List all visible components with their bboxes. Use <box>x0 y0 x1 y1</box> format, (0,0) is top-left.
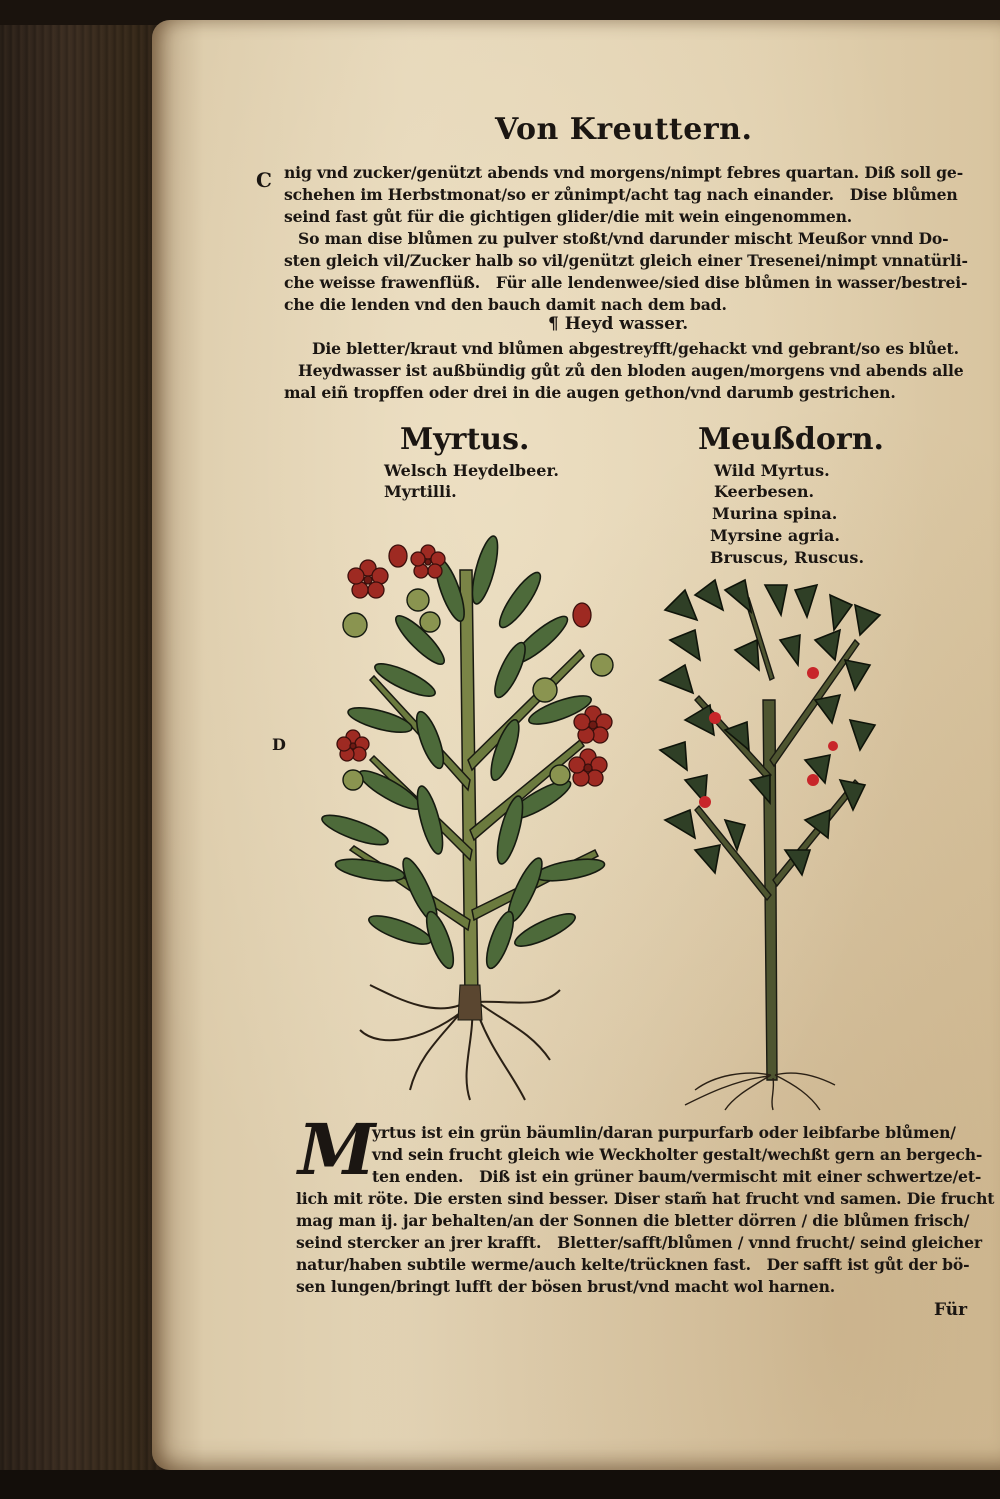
plant-title-myrtus: Myrtus. <box>400 422 529 457</box>
text-line: natur/haben subtile werme/auch kelte/trü… <box>296 1254 969 1275</box>
synonym: Keerbesen. <box>714 481 814 502</box>
text-line: seind stercker an jrer krafft. Bletter/s… <box>296 1232 982 1253</box>
synonym: Bruscus, Ruscus. <box>710 547 864 568</box>
synonym: Myrtilli. <box>384 481 457 502</box>
synonym: Welsch Heydelbeer. <box>384 460 559 481</box>
margin-mark-d: D <box>272 735 286 754</box>
text-line: vnd sein frucht gleich wie Weckholter ge… <box>372 1144 982 1165</box>
text-line: Heydwasser ist außbündig gůt zů den blod… <box>298 360 964 381</box>
catchword: Für <box>934 1300 967 1320</box>
text-line: seind fast gůt für die gichtigen glider/… <box>284 206 852 227</box>
book-bottom-shadow <box>0 1470 1000 1499</box>
text-line: che die lenden vnd den bauch damit nach … <box>284 294 727 315</box>
text-line: sen lungen/bringt lufft der bösen brust/… <box>296 1276 835 1297</box>
text-line: schehen im Herbstmonat/so er zůnimpt/ach… <box>284 184 958 205</box>
text-line: Die bletter/kraut vnd blůmen abgestreyff… <box>312 338 959 359</box>
decorated-initial: M <box>298 1115 376 1185</box>
text-line: nig vnd zucker/genützt abends vnd morgen… <box>284 162 963 183</box>
text-line: lich mit röte. Die ersten sind besser. D… <box>296 1188 994 1209</box>
myrtus-woodcut-illustration <box>310 530 640 1110</box>
text-line: ten enden. Diß ist ein grüner baum/vermi… <box>372 1166 981 1187</box>
text-line: sten gleich vil/Zucker halb so vil/genüt… <box>284 250 968 271</box>
text-line: mal eiñ tropffen oder drei in die augen … <box>284 382 896 403</box>
section-heading: ¶ Heyd wasser. <box>548 314 688 334</box>
synonym: Murina spina. <box>712 503 837 524</box>
synonym: Myrsine agria. <box>710 525 840 546</box>
meussdorn-woodcut-illustration <box>655 580 895 1110</box>
text-line: So man dise blůmen zu pulver stoßt/vnd d… <box>298 228 948 249</box>
margin-mark-c: C <box>256 168 272 192</box>
synonym: Wild Myrtus. <box>714 460 830 481</box>
text-line: che weisse frawenflüß. Für alle lendenwe… <box>284 272 967 293</box>
plant-title-meussdorn: Meußdorn. <box>698 422 884 457</box>
stacked-page-edges <box>0 25 170 1480</box>
text-line: yrtus ist ein grün bäumlin/daran purpurf… <box>372 1122 956 1143</box>
text-line: mag man ij. jar behalten/an der Sonnen d… <box>296 1210 969 1231</box>
running-head: Von Kreuttern. <box>495 112 752 147</box>
